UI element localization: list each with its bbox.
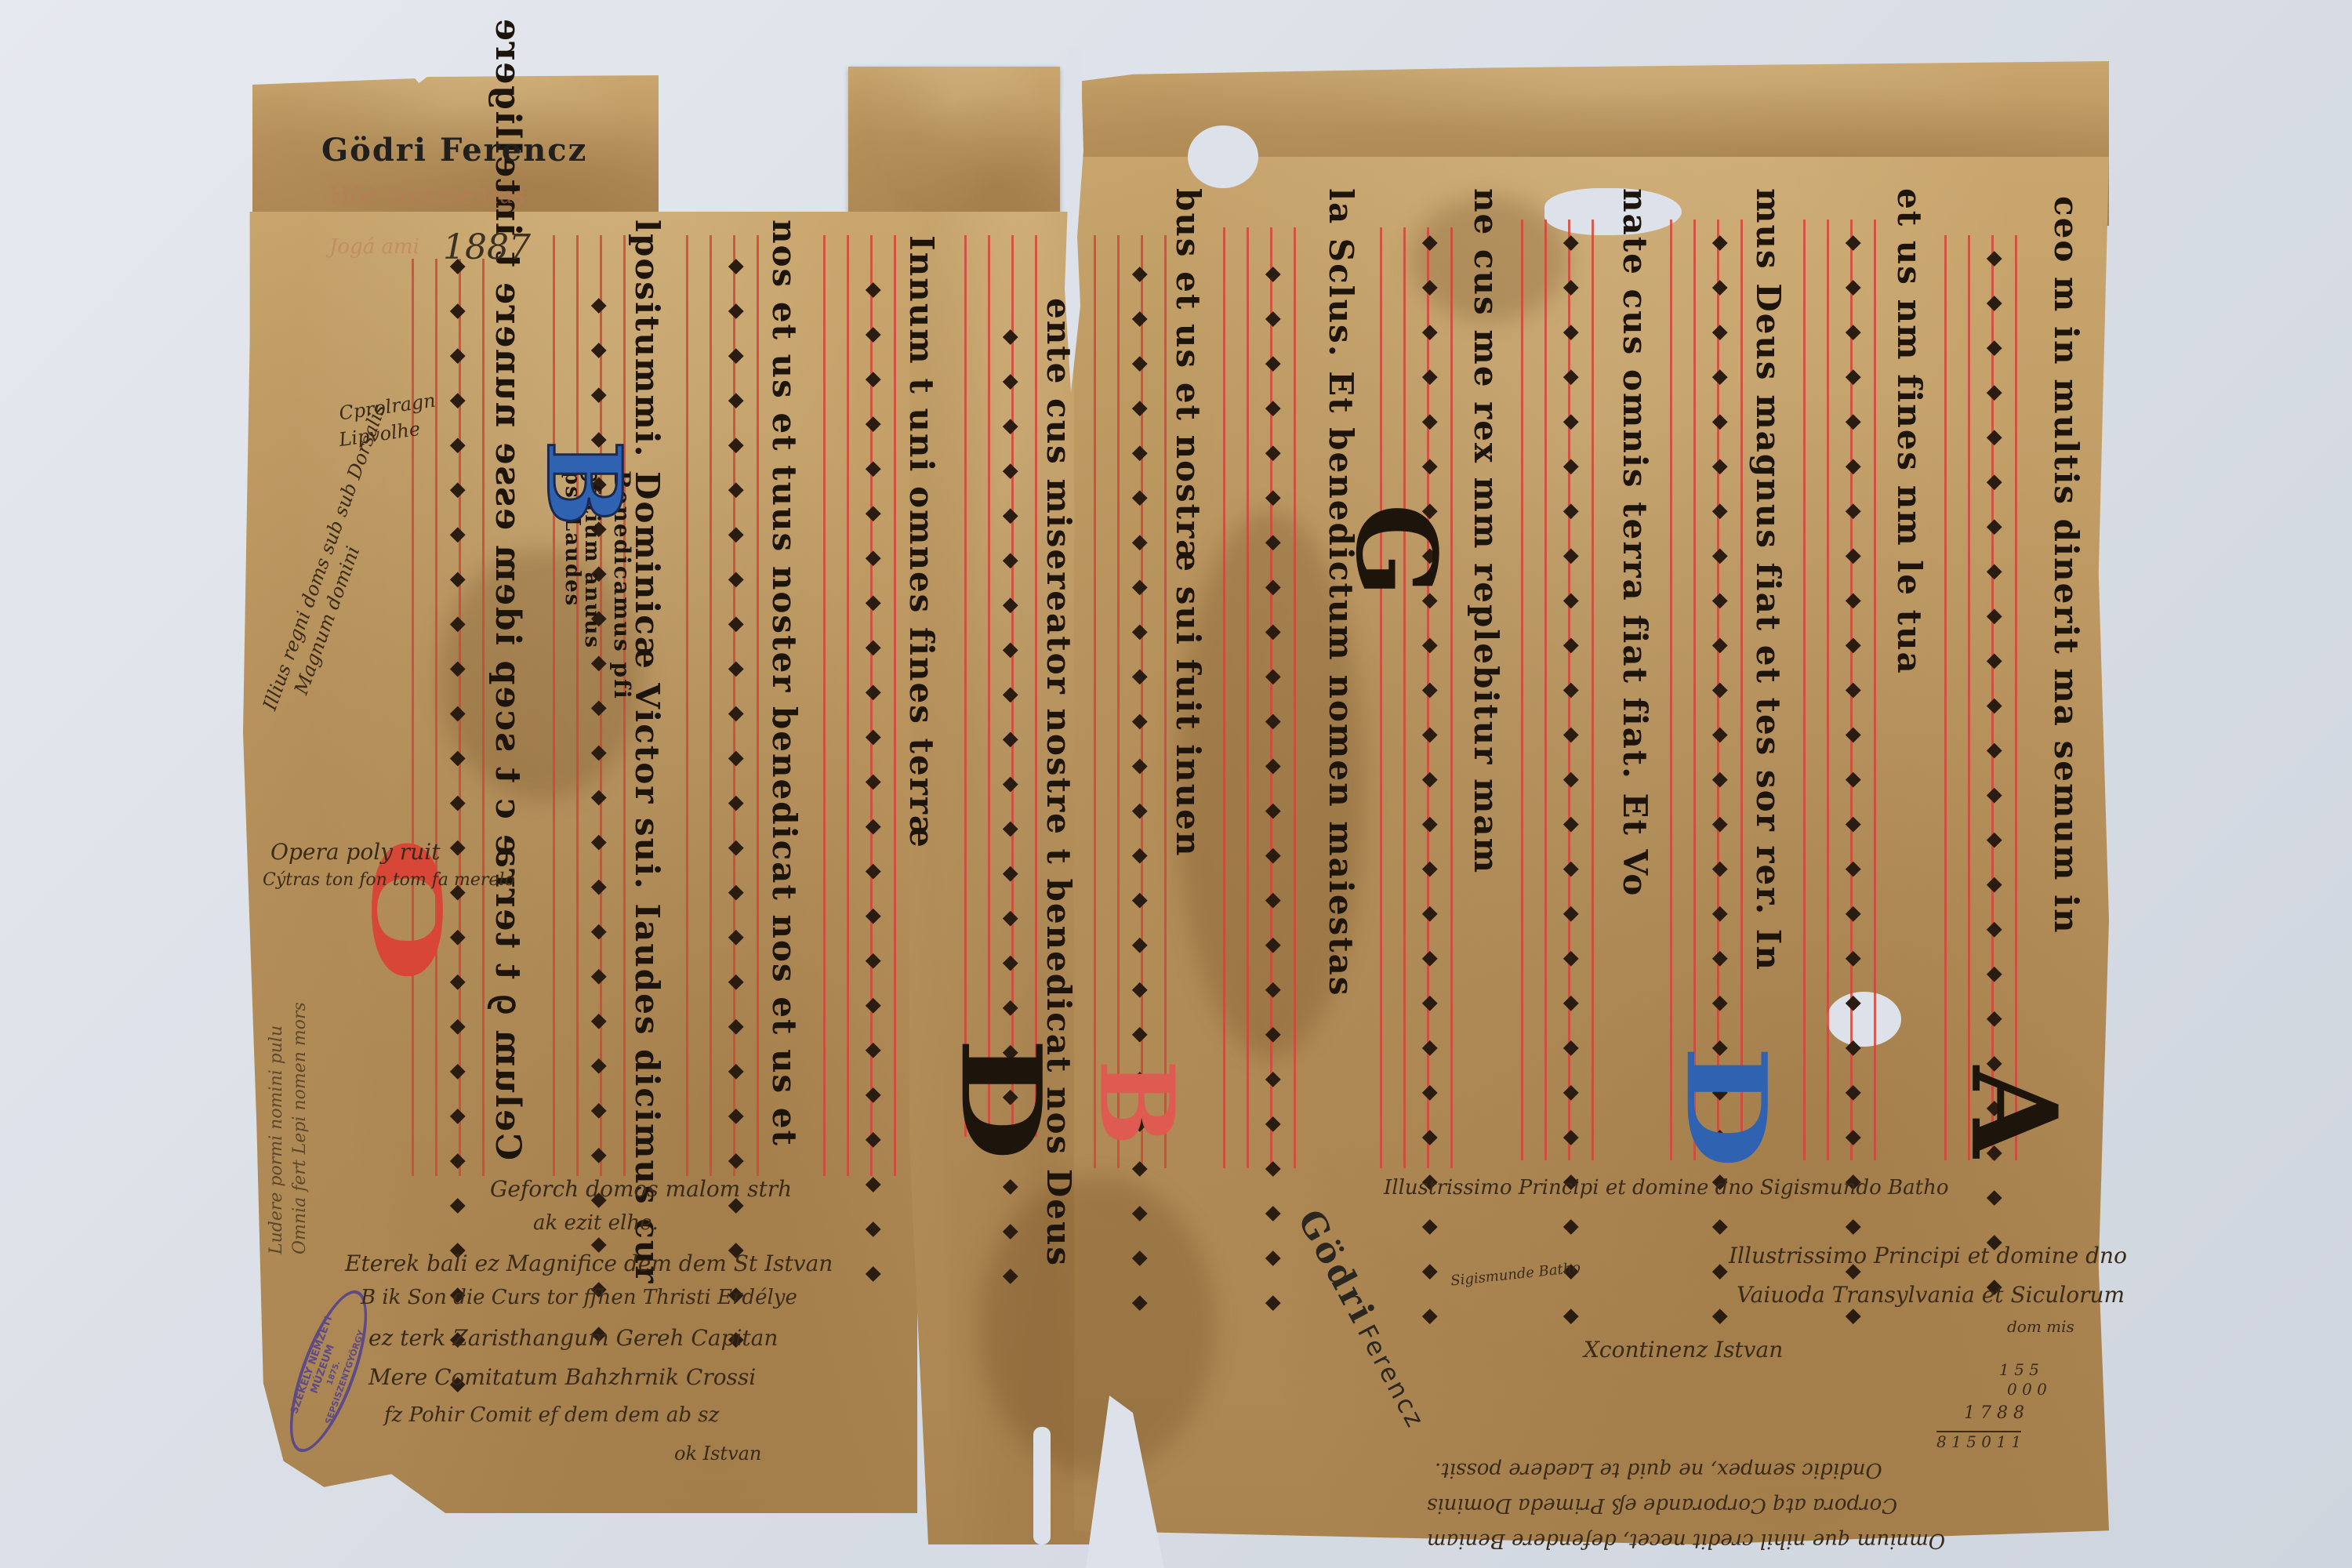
chant-column-11: et us nm fines nm le tua xyxy=(1890,188,1929,675)
address-line-2b: Vaiuoda Transylvania et Siculorum xyxy=(1737,1282,2125,1308)
opera-note-2: Cýtras ton fon tom fa merelo xyxy=(263,870,515,890)
chant-column-4: Innum t uni omnes fines terræ xyxy=(902,235,941,849)
left-vertical-note-1: Ludere pormi nomini pulu xyxy=(267,1025,286,1254)
opera-note-1: Opera poly ruit xyxy=(270,839,441,865)
address-line-2c: dom mis xyxy=(2007,1317,2074,1336)
tear-bottom-slit xyxy=(1033,1427,1051,1544)
hole-top-band xyxy=(1544,188,1682,235)
initial-blue-b: B xyxy=(524,441,644,527)
faded-label-line-2: Jogá ami xyxy=(329,235,419,259)
hole-top-right xyxy=(1188,125,1258,188)
owner-stamp-text: Gödri Ferencz xyxy=(321,132,587,169)
chant-column-10: mus Deus magnus fiat et tes sor rer. In xyxy=(1749,188,1788,971)
chant-column-12: ceo m in multis dinerit ma semum in xyxy=(2047,196,2085,935)
address-line-1: Illustrissimo Principi et domine dno Sig… xyxy=(1384,1176,1949,1200)
initial-blue-d: D xyxy=(1661,1045,1790,1169)
faded-label-line-1: Hőé nómine tius xyxy=(329,182,525,209)
left-vertical-note-2: Omnia fert Lepi nomen mors xyxy=(290,1002,310,1254)
chant-column-9: nate cus omnis terra fiat fiat. Et Vo xyxy=(1616,188,1654,897)
initial-red-b: B xyxy=(1076,1060,1196,1146)
address-line-2a: Illustrissimo Principi et domine dno xyxy=(1729,1243,2127,1269)
owner-stamp-label: Gödri Ferencz xyxy=(321,132,587,169)
chant-column-2: lpositummi. Dominicæ Victor sui. Iaudes … xyxy=(628,220,666,1284)
signature: Xcontinenz Istvan xyxy=(1584,1337,1783,1363)
label-year: 1887 xyxy=(443,227,531,267)
initial-black-a: A xyxy=(1944,1066,2082,1157)
chant-column-8: ne cus me rex mm replebitur mam xyxy=(1467,188,1505,874)
initial-black-g: G xyxy=(1331,503,1460,597)
chant-column-3: nos et us et tuus noster benedicat nos e… xyxy=(765,220,804,1147)
chant-column-6: bus et us et nostræ sui fuit inuen xyxy=(1169,188,1207,857)
initial-black-d: D xyxy=(936,1037,1065,1161)
